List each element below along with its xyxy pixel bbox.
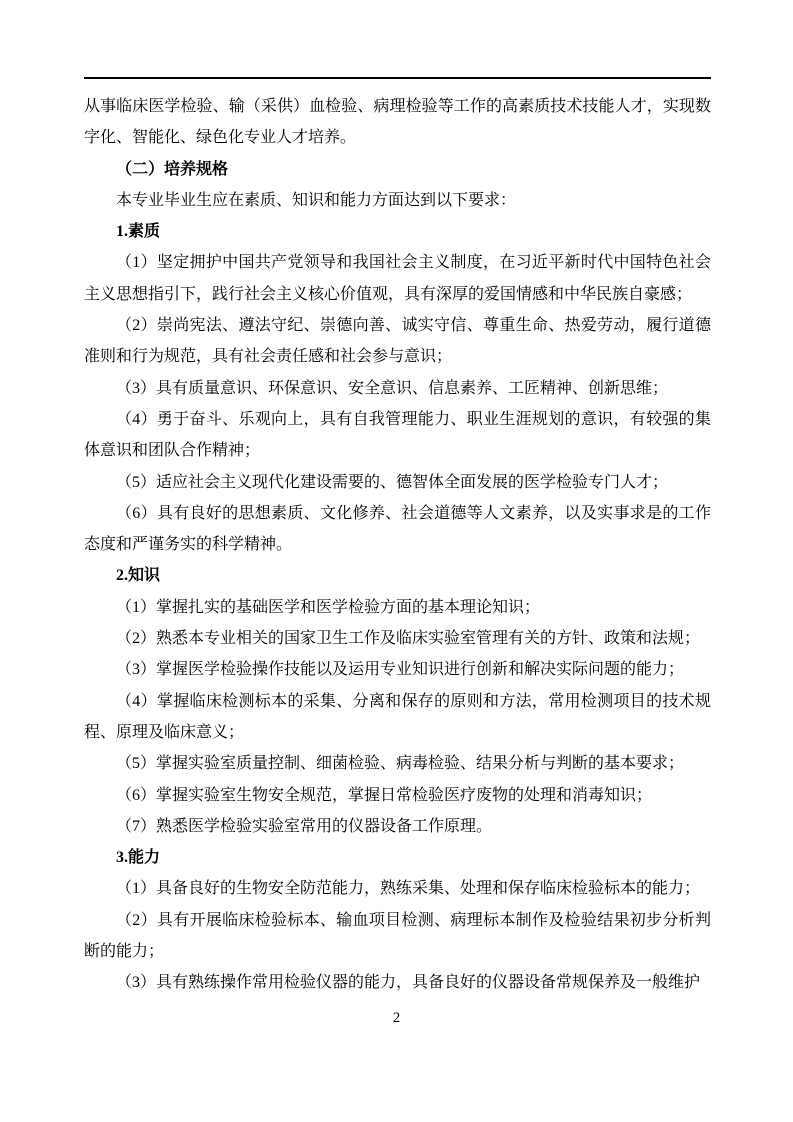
body-paragraph: （4）掌握临床检测标本的采集、分离和保存的原则和方法，常用检测项目的技术规程、原… <box>84 686 711 749</box>
body-paragraph: （3）具有质量意识、环保意识、安全意识、信息素养、工匠精神、创新思维； <box>84 373 711 404</box>
body-paragraph: （2）具有开展临床检验标本、输血项目检测、病理标本制作及检验结果初步分析判断的能… <box>84 905 711 968</box>
body-paragraph: （5）适应社会主义现代化建设需要的、德智体全面发展的医学检验专门人才； <box>84 467 711 498</box>
body-paragraph: （1）坚定拥护中国共产党领导和我国社会主义制度，在习近平新时代中国特色社会主义思… <box>84 247 711 310</box>
header-divider-line <box>84 77 711 79</box>
body-paragraph: 从事临床医学检验、输（采供）血检验、病理检验等工作的高素质技术技能人才，实现数字… <box>84 91 711 154</box>
section-heading: 2.知识 <box>84 560 711 591</box>
body-paragraph: （6）掌握实验室生物安全规范，掌握日常检验医疗废物的处理和消毒知识； <box>84 780 711 811</box>
section-heading: 1.素质 <box>84 216 711 247</box>
document-page: 从事临床医学检验、输（采供）血检验、病理检验等工作的高素质技术技能人才，实现数字… <box>0 0 793 1122</box>
body-paragraph: （3）掌握医学检验操作技能以及运用专业知识进行创新和解决实际问题的能力； <box>84 654 711 685</box>
body-paragraph: （2）崇尚宪法、遵法守纪、崇德向善、诚实守信、尊重生命、热爱劳动，履行道德准则和… <box>84 310 711 373</box>
page-footer: 2 <box>0 1007 793 1029</box>
body-paragraph: （5）掌握实验室质量控制、细菌检验、病毒检验、结果分析与判断的基本要求； <box>84 748 711 779</box>
body-paragraph: （1）掌握扎实的基础医学和医学检验方面的基本理论知识； <box>84 592 711 623</box>
body-paragraph: （4）勇于奋斗、乐观向上，具有自我管理能力、职业生涯规划的意识，有较强的集体意识… <box>84 404 711 467</box>
document-body: 从事临床医学检验、输（采供）血检验、病理检验等工作的高素质技术技能人才，实现数字… <box>84 91 711 999</box>
section-heading: （二）培养规格 <box>84 154 711 185</box>
page-number: 2 <box>393 1010 401 1026</box>
body-paragraph: （3）具有熟练操作常用检验仪器的能力，具备良好的仪器设备常规保养及一般维护 <box>84 967 711 998</box>
body-paragraph: 本专业毕业生应在素质、知识和能力方面达到以下要求： <box>84 185 711 216</box>
body-paragraph: （7）熟悉医学检验实验室常用的仪器设备工作原理。 <box>84 811 711 842</box>
section-heading: 3.能力 <box>84 842 711 873</box>
body-paragraph: （2）熟悉本专业相关的国家卫生工作及临床实验室管理有关的方针、政策和法规； <box>84 623 711 654</box>
body-paragraph: （6）具有良好的思想素质、文化修养、社会道德等人文素养，以及实事求是的工作态度和… <box>84 498 711 561</box>
body-paragraph: （1）具备良好的生物安全防范能力，熟练采集、处理和保存临床检验标本的能力； <box>84 873 711 904</box>
